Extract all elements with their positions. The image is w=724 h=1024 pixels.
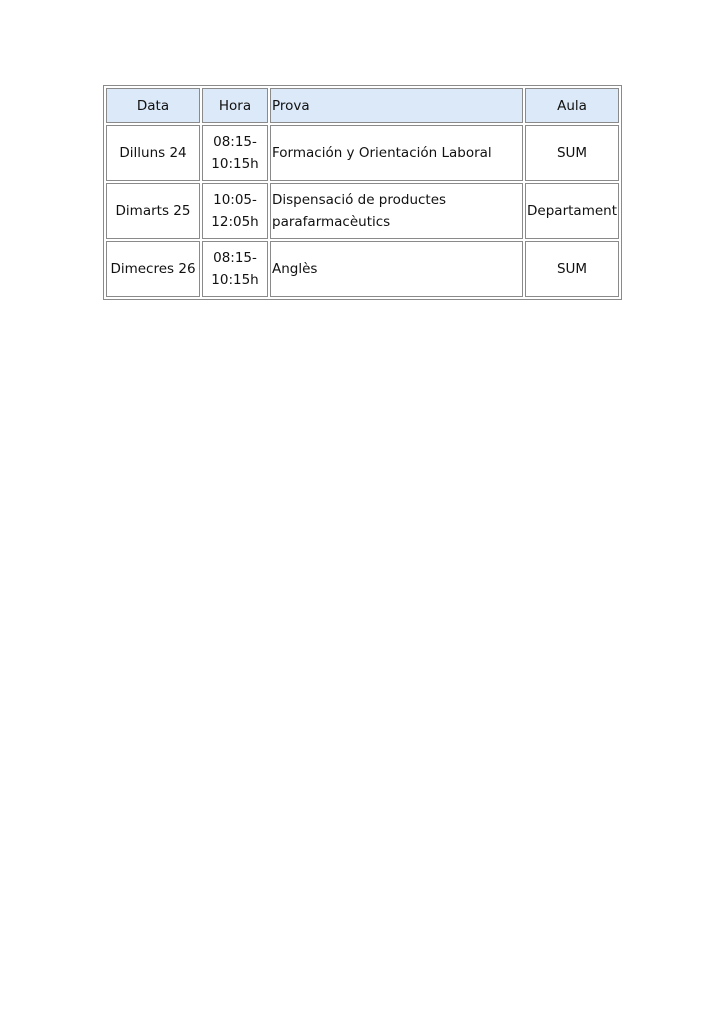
- hora-start: 10:05-: [204, 189, 266, 211]
- hora-start: 08:15-: [204, 131, 266, 153]
- cell-hora: 08:15- 10:15h: [202, 241, 268, 297]
- table-row: Dimecres 26 08:15- 10:15h Anglès SUM: [106, 241, 619, 297]
- hora-end: 10:15h: [204, 269, 266, 291]
- header-aula: Aula: [525, 88, 619, 123]
- header-prova: Prova: [270, 88, 523, 123]
- table-row: Dilluns 24 08:15- 10:15h Formación y Ori…: [106, 125, 619, 181]
- prova-line1: Formación y Orientación Laboral: [272, 142, 521, 164]
- cell-prova: Anglès: [270, 241, 523, 297]
- cell-data: Dimarts 25: [106, 183, 200, 239]
- cell-aula: Departament: [525, 183, 619, 239]
- cell-data: Dilluns 24: [106, 125, 200, 181]
- table-header-row: Data Hora Prova Aula: [106, 88, 619, 123]
- hora-start: 08:15-: [204, 247, 266, 269]
- prova-line1: Anglès: [272, 258, 521, 280]
- hora-end: 10:15h: [204, 153, 266, 175]
- exam-schedule-table: Data Hora Prova Aula Dilluns 24 08:15- 1…: [103, 85, 622, 300]
- cell-data: Dimecres 26: [106, 241, 200, 297]
- cell-prova: Formación y Orientación Laboral: [270, 125, 523, 181]
- hora-end: 12:05h: [204, 211, 266, 233]
- cell-aula: SUM: [525, 125, 619, 181]
- prova-line2: parafarmacèutics: [272, 211, 521, 233]
- header-data: Data: [106, 88, 200, 123]
- cell-hora: 10:05- 12:05h: [202, 183, 268, 239]
- cell-prova: Dispensació de productes parafarmacèutic…: [270, 183, 523, 239]
- cell-hora: 08:15- 10:15h: [202, 125, 268, 181]
- document-page: Data Hora Prova Aula Dilluns 24 08:15- 1…: [0, 0, 724, 1024]
- prova-line1: Dispensació de productes: [272, 189, 521, 211]
- header-hora: Hora: [202, 88, 268, 123]
- cell-aula: SUM: [525, 241, 619, 297]
- table-row: Dimarts 25 10:05- 12:05h Dispensació de …: [106, 183, 619, 239]
